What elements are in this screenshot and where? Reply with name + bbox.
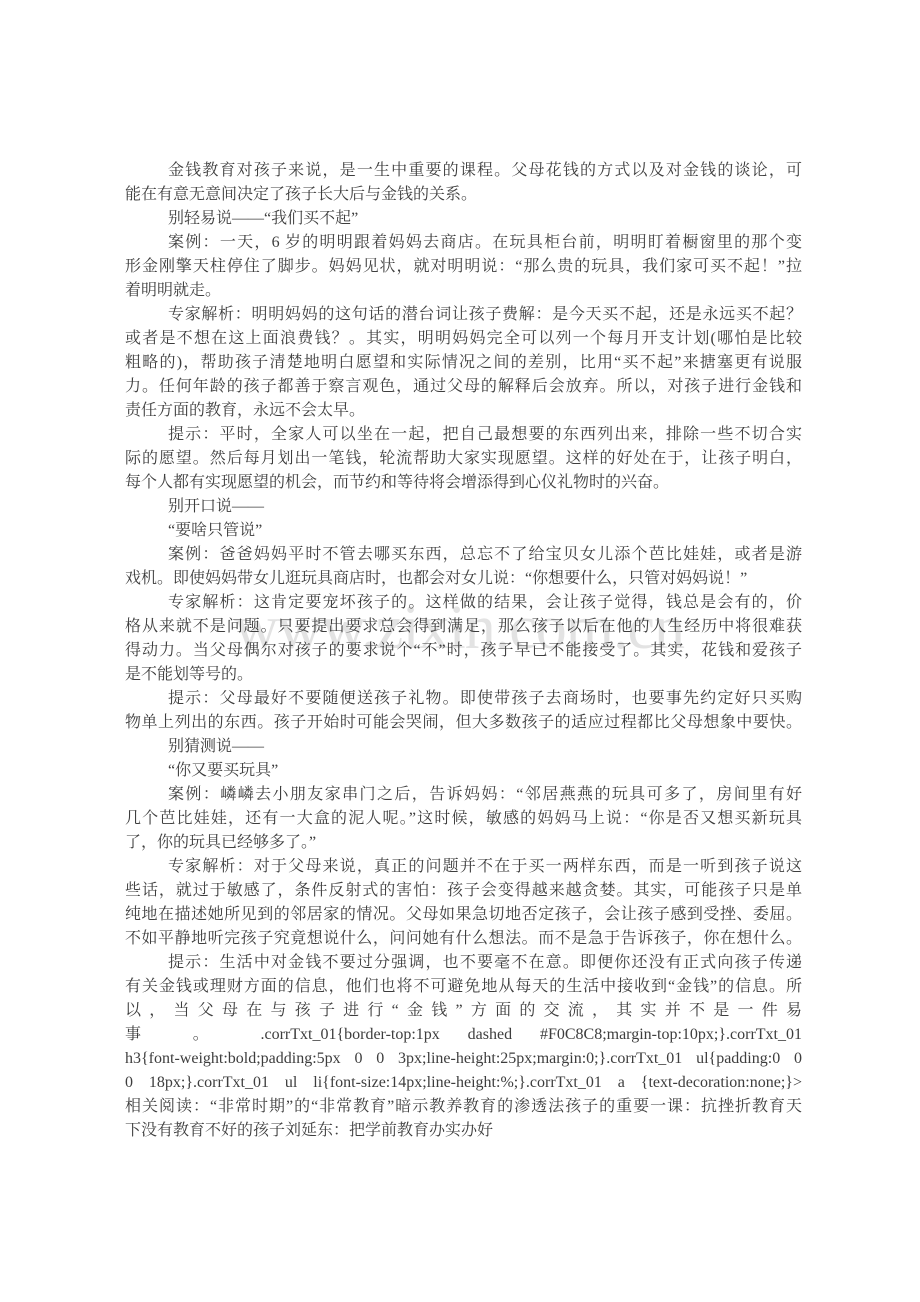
text-line: 提示：父母最好不要随便送孩子礼物。即使带孩子去商场时，也要事先约定好只买购 <box>125 687 802 711</box>
text-line: 案例：爸爸妈妈平时不管去哪买东西，总忘不了给宝贝女儿添个芭比娃娃，或者是游 <box>125 543 802 567</box>
text-line: 力。任何年龄的孩子都善于察言观色，通过父母的解释后会放弃。所以，对孩子进行金钱和 <box>125 375 802 399</box>
text-line: 粗略的)，帮助孩子清楚地明白愿望和实际情况之间的差别，比用“买不起”来搪塞更有说… <box>125 351 802 375</box>
text-line: 提示：生活中对金钱不要过分强调，也不要毫不在意。即便你还没有正式向孩子传递 <box>125 951 802 975</box>
text-line: 每个人都有实现愿望的机会，而节约和等待将会增添得到心仪礼物时的兴奋。 <box>125 471 802 495</box>
text-line: 有关金钱或理财方面的信息，他们也将不可避免地从每天的生活中接收到“金钱”的信息。… <box>125 975 802 999</box>
text-line: 金钱教育对孩子来说，是一生中重要的课程。父母花钱的方式以及对金钱的谈论，可 <box>125 159 802 183</box>
text-line: 是不能划等号的。 <box>125 663 802 687</box>
text-line: 几个芭比娃娃，还有一大盒的泥人呢。”这时候，敏感的妈妈马上说：“你是否又想买新玩… <box>125 807 802 831</box>
text-line: 不如平静地听完孩子究竟想说什么，问问她有什么想法。而不是急于告诉孩子，你在想什么… <box>125 927 802 951</box>
text-line: 案例：一天，6 岁的明明跟着妈妈去商店。在玩具柜台前，明明盯着橱窗里的那个变 <box>125 231 802 255</box>
text-line: 专家解析：对于父母来说，真正的问题并不在于买一两样东西，而是一听到孩子说这 <box>125 855 802 879</box>
text-line: 格从来就不是问题。只要提出要求总会得到满足，那么孩子以后在他的人生经历中将很难获 <box>125 615 802 639</box>
text-line: 得动力。当父母偶尔对孩子的要求说个“不”时，孩子早已不能接受了。其实，花钱和爱孩… <box>125 639 802 663</box>
document-page: 金钱教育对孩子来说，是一生中重要的课程。父母花钱的方式以及对金钱的谈论，可 能在… <box>125 159 802 1143</box>
text-line: 提示：平时，全家人可以坐在一起，把自己最想要的东西列出来，排除一些不切合实 <box>125 423 802 447</box>
text-line: 能在有意无意间决定了孩子长大后与金钱的关系。 <box>125 183 802 207</box>
css-code-line: h3{font-weight:bold;padding:5px 0 0 3px;… <box>125 1047 802 1071</box>
text-line: 案例：嶙嶙去小朋友家串门之后，告诉妈妈：“邻居燕燕的玩具可多了，房间里有好 <box>125 783 802 807</box>
text-line: 际的愿望。然后每月划出一笔钱，轮流帮助大家实现愿望。这样的好处在于，让孩子明白， <box>125 447 802 471</box>
text-line: 形金刚擎天柱停住了脚步。妈妈见状，就对明明说：“那么贵的玩具，我们家可买不起！”… <box>125 255 802 279</box>
text-line: 物单上列出的东西。孩子开始时可能会哭闹，但大多数孩子的适应过程都比父母想象中要快… <box>125 711 802 735</box>
text-line: 专家解析：这肯定要宠坏孩子的。这样做的结果，会让孩子觉得，钱总是会有的，价 <box>125 591 802 615</box>
text-line: 纯地在描述她所见到的邻居家的情况。父母如果急切地否定孩子，会让孩子感到受挫、委屈… <box>125 903 802 927</box>
text-line: 着明明就走。 <box>125 279 802 303</box>
text-line: 或者是不想在这上面浪费钱？。其实，明明妈妈完全可以列一个每月开支计划(哪怕是比较 <box>125 327 802 351</box>
section-heading: 别轻易说——“我们买不起” <box>125 207 802 231</box>
text-line: 以，当父母在与孩子进行“金钱”方面的交流，其实并不是一件易 <box>125 999 802 1023</box>
text-line: 戏机。即使妈妈带女儿逛玩具商店时，也都会对女儿说：“你想要什么，只管对妈妈说！” <box>125 567 802 591</box>
related-reading-line: 下没有教育不好的孩子刘延东：把学前教育办实办好 <box>125 1119 802 1143</box>
text-line: 责任方面的教育，永远不会太早。 <box>125 399 802 423</box>
text-line: 了，你的玩具已经够多了。” <box>125 831 802 855</box>
section-heading: 别猜测说—— <box>125 735 802 759</box>
related-reading-line: 相关阅读：“非常时期”的“非常教育”暗示教养教育的渗透法孩子的重要一课：抗挫折教… <box>125 1095 802 1119</box>
text-line: 专家解析：明明妈妈的这句话的潜台词让孩子费解：是今天买不起，还是永远买不起？ <box>125 303 802 327</box>
section-heading: 别开口说—— <box>125 495 802 519</box>
css-code-line: 0 18px;}.corrTxt_01 ul li{font-size:14px… <box>125 1071 802 1095</box>
css-code-line: 事 。 .corrTxt_01{border-top:1px dashed #F… <box>125 1023 802 1047</box>
text-line: 些话，就过于敏感了，条件反射式的害怕：孩子会变得越来越贪婪。其实，可能孩子只是单 <box>125 879 802 903</box>
section-heading: “要啥只管说” <box>125 519 802 543</box>
section-heading: “你又要买玩具” <box>125 759 802 783</box>
